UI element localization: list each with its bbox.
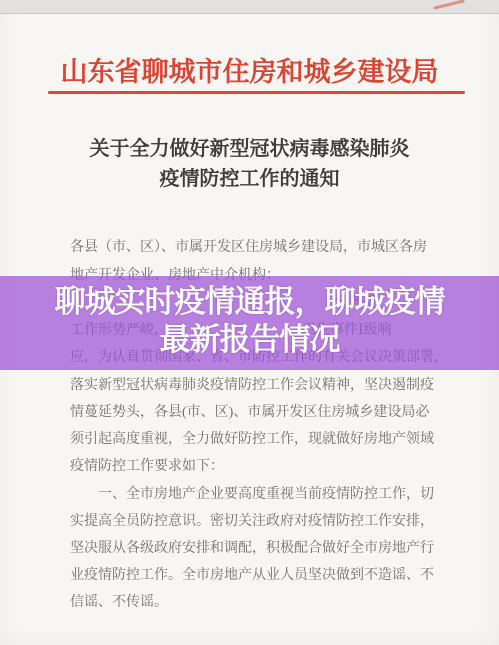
body-line: 情蔓延势头，各县(市、区)、市属开发区住房城乡建设局必 <box>70 405 450 423</box>
banner-title-line1: 聊城实时疫情通报，聊城疫情 <box>0 276 499 321</box>
banner-title-line2: 最新报告情况 <box>0 321 499 359</box>
scanned-notice-page: 山东省聊城市住房和城乡建设局 关于全力做好新型冠状病毒感染肺炎 疫情防控工作的通… <box>0 0 499 645</box>
notice-title-line2: 疫情防控工作的通知 <box>0 164 499 194</box>
body-line: 各县（市、区）、市属开发区住房城乡建设局，市城区各房 <box>70 240 450 258</box>
notice-title-line1: 关于全力做好新型冠状病毒感染肺炎 <box>0 134 499 164</box>
scan-top-edge <box>0 0 499 14</box>
body-line: 业疫情防控工作。全市房地产从业人员坚决做到不造谣、不 <box>70 568 450 586</box>
agency-title: 山东省聊城市住房和城乡建设局 <box>0 50 499 89</box>
caption-overlay-banner: 聊城实时疫情通报，聊城疫情 最新报告情况 <box>0 276 499 370</box>
notice-title: 关于全力做好新型冠状病毒感染肺炎 疫情防控工作的通知 <box>0 134 499 194</box>
body-line: 一、全市房地产企业要高度重视当前疫情防控工作，切 <box>70 487 478 505</box>
body-line: 信谣、不传谣。 <box>70 595 450 613</box>
body-line: 落实新型冠状病毒肺炎疫情防控工作会议精神，坚决遏制疫 <box>70 378 450 396</box>
body-line: 疫情防控工作要求如下： <box>70 459 450 477</box>
body-line: 实提高全员防控意识。密切关注政府对疫情防控工作安排， <box>70 514 450 532</box>
body-line: 须引起高度重视，全力做好防控工作，现就做好房地产领域 <box>70 432 450 450</box>
body-line: 坚决服从各级政府安排和调配，积极配合做好全市房地产行 <box>70 541 450 559</box>
red-divider-rule <box>48 91 465 94</box>
